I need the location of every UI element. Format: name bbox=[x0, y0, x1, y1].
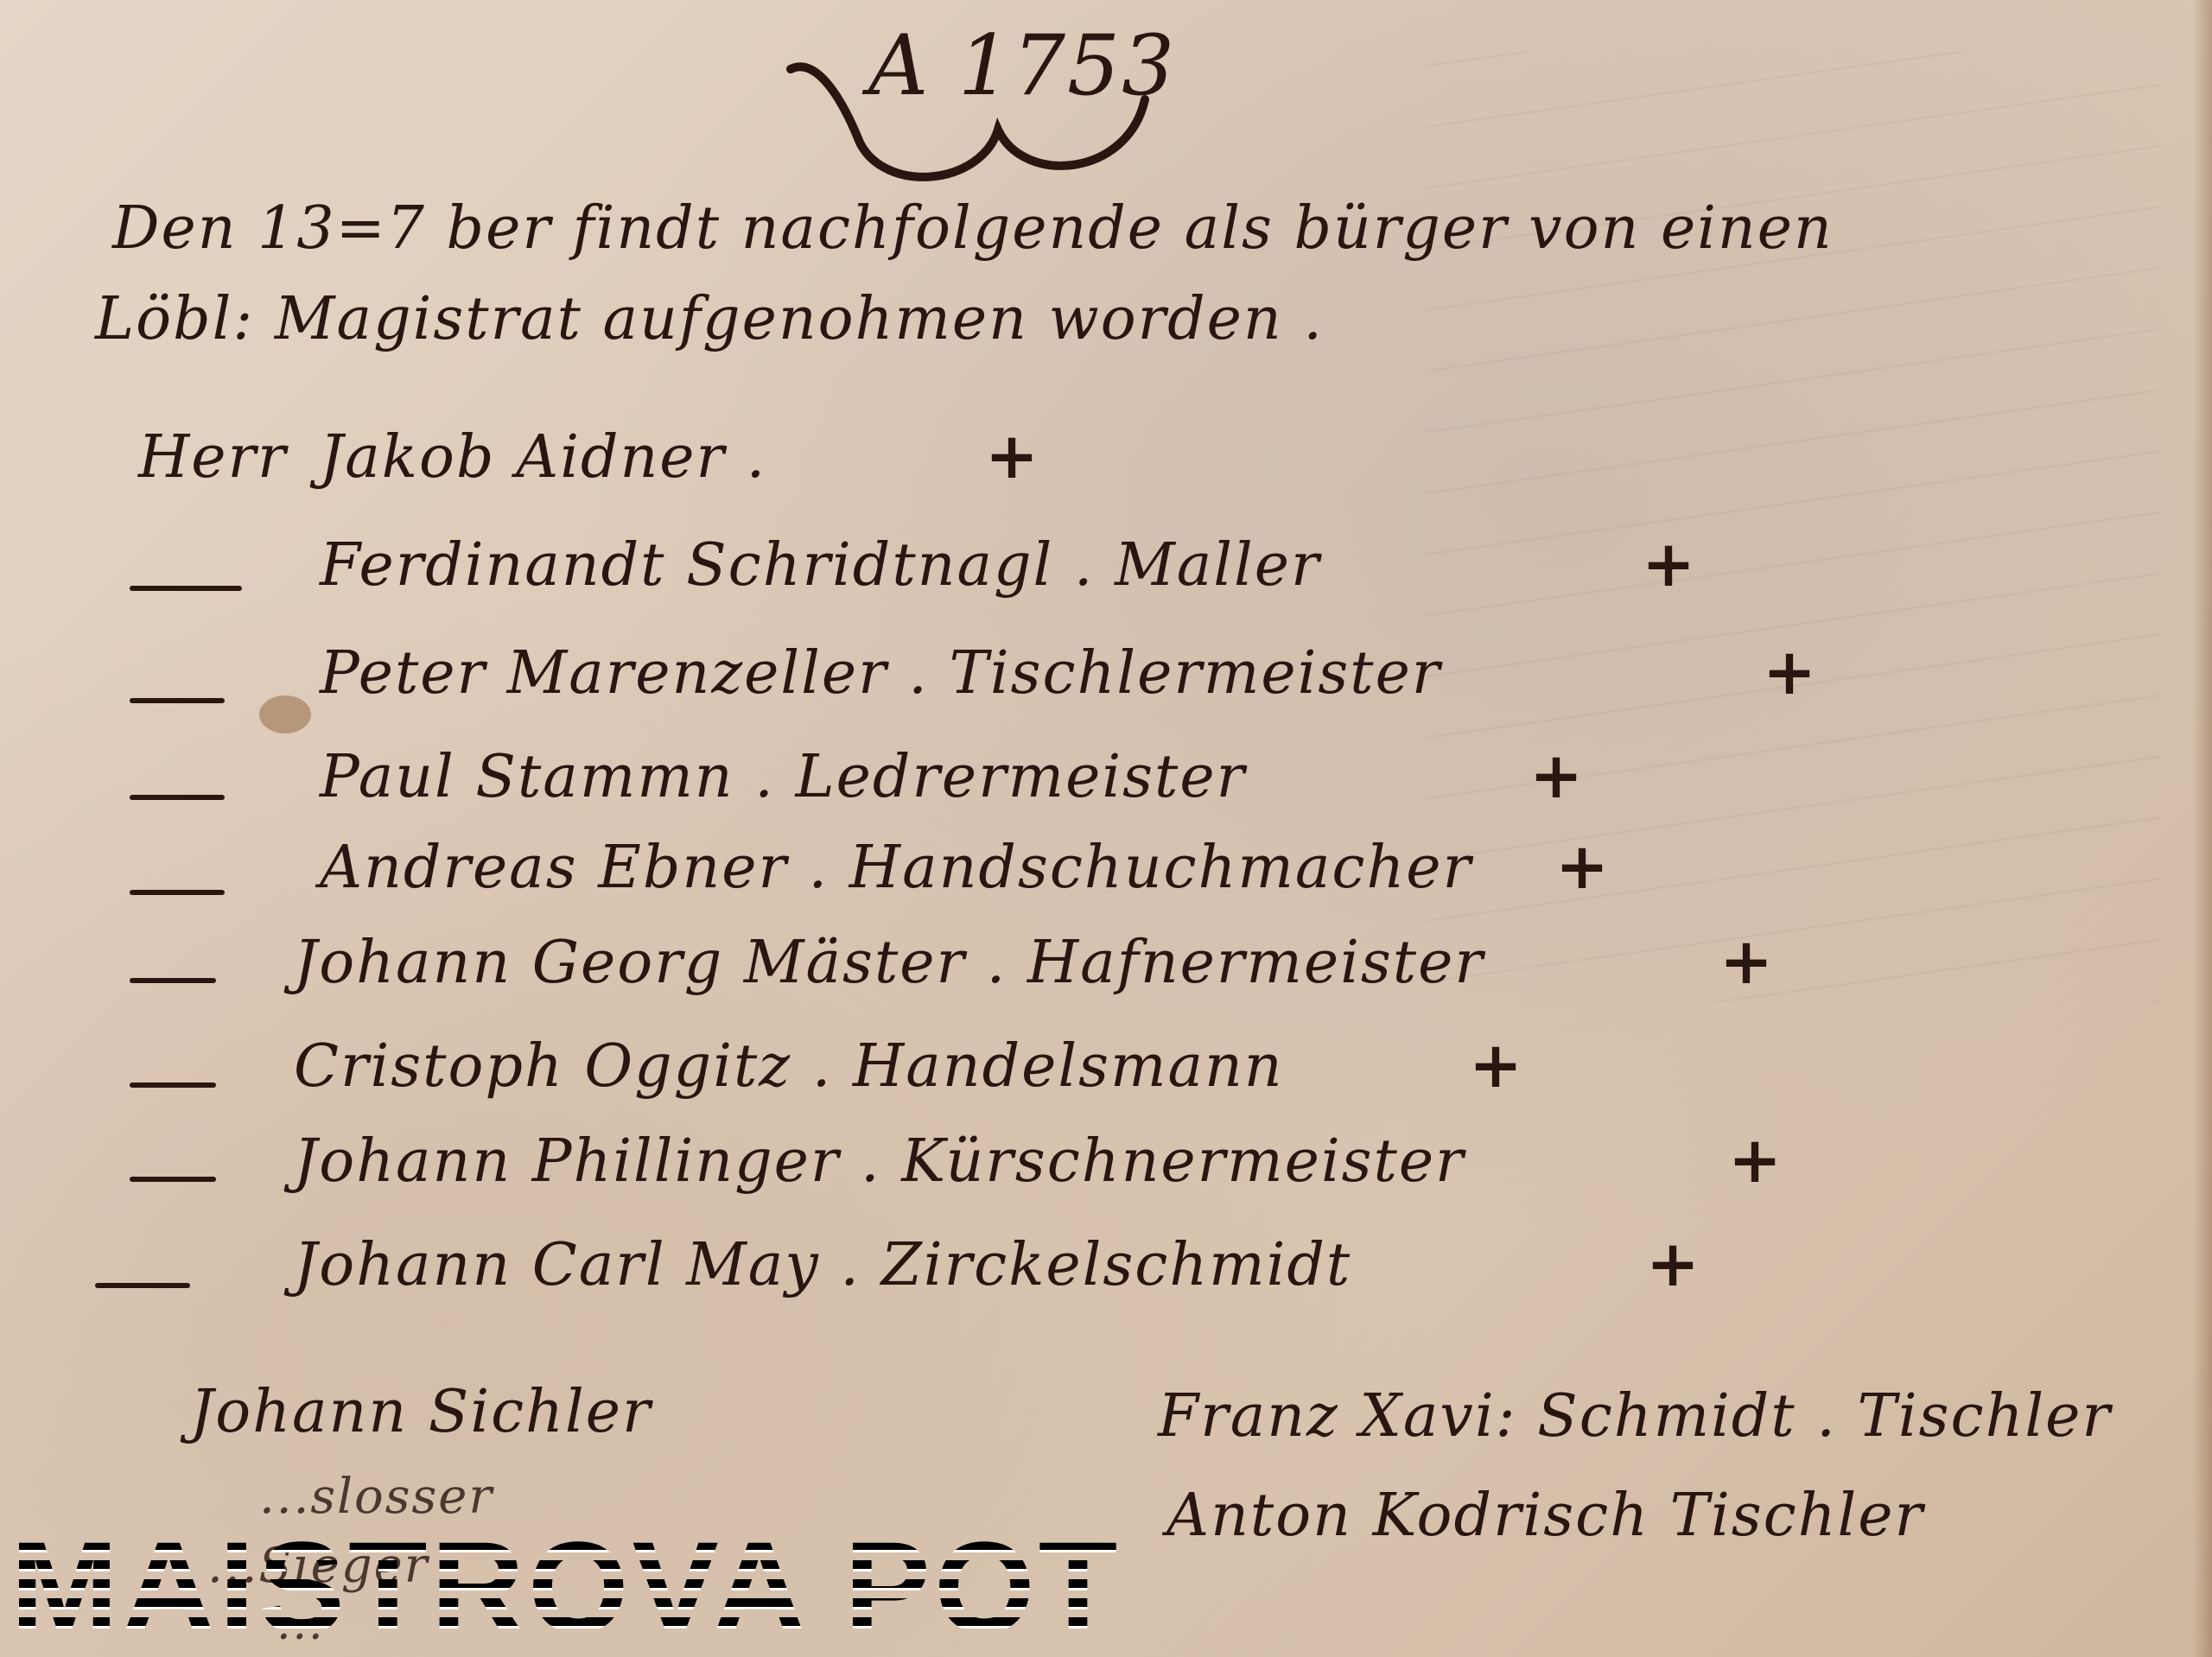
entry-name: Johann Georg Mäster . Hafnermeister bbox=[294, 929, 1484, 997]
ditto-dash bbox=[130, 890, 225, 895]
bottom-right-name: Anton Kodrisch Tischler bbox=[1166, 1482, 1924, 1550]
cross-mark-icon: + bbox=[1555, 829, 1609, 904]
ditto-dash bbox=[130, 586, 242, 591]
ditto-dash bbox=[130, 698, 225, 703]
cross-mark-icon: + bbox=[1469, 1028, 1522, 1102]
watermark: MAISTROVA POT bbox=[10, 1522, 1121, 1652]
ditto-dash bbox=[130, 978, 216, 983]
entry-name: Peter Marenzeller . Tischlermeister bbox=[320, 639, 1441, 708]
entry-name: Ferdinandt Schridtnagl . Maller bbox=[320, 531, 1321, 600]
heading-line-2: Löbl: Magistrat aufgenohmen worden . bbox=[95, 285, 1324, 353]
entry-name: Johann Phillinger . Kürschnermeister bbox=[294, 1127, 1465, 1196]
page-edge bbox=[2193, 0, 2212, 1657]
cross-mark-icon: + bbox=[1646, 1227, 1700, 1301]
ditto-dash bbox=[130, 1082, 216, 1088]
entry-name: Paul Stammn . Ledrermeister bbox=[320, 743, 1246, 811]
entry-name: Andreas Ebner . Handschuchmacher bbox=[320, 834, 1472, 902]
bottom-left-name: Johann Sichler bbox=[190, 1378, 652, 1446]
ditto-dash bbox=[95, 1283, 190, 1288]
bottom-right-name: Franz Xavi: Schmidt . Tischler bbox=[1158, 1382, 2112, 1451]
entry-name: Cristoph Oggitz . Handelsmann bbox=[294, 1032, 1284, 1101]
ditto-dash bbox=[130, 1177, 216, 1182]
cross-mark-icon: + bbox=[985, 419, 1039, 493]
paper-stain bbox=[259, 695, 311, 733]
entry-name: Jakob Aidner . bbox=[320, 423, 766, 492]
ditto-dash bbox=[130, 795, 225, 800]
cross-mark-icon: + bbox=[1728, 1123, 1782, 1197]
cross-mark-icon: + bbox=[1642, 527, 1695, 601]
cross-mark-icon: + bbox=[1529, 739, 1583, 813]
title-prefix: Herr bbox=[138, 423, 288, 492]
heading-line-1: Den 13=7 ber findt nachfolgende als bürg… bbox=[112, 194, 1834, 263]
cross-mark-icon: + bbox=[1719, 924, 1773, 999]
cross-mark-icon: + bbox=[1763, 635, 1816, 709]
year-flourish-icon bbox=[782, 48, 1162, 186]
entry-name: Johann Carl May . Zirckelschmidt bbox=[294, 1231, 1351, 1299]
